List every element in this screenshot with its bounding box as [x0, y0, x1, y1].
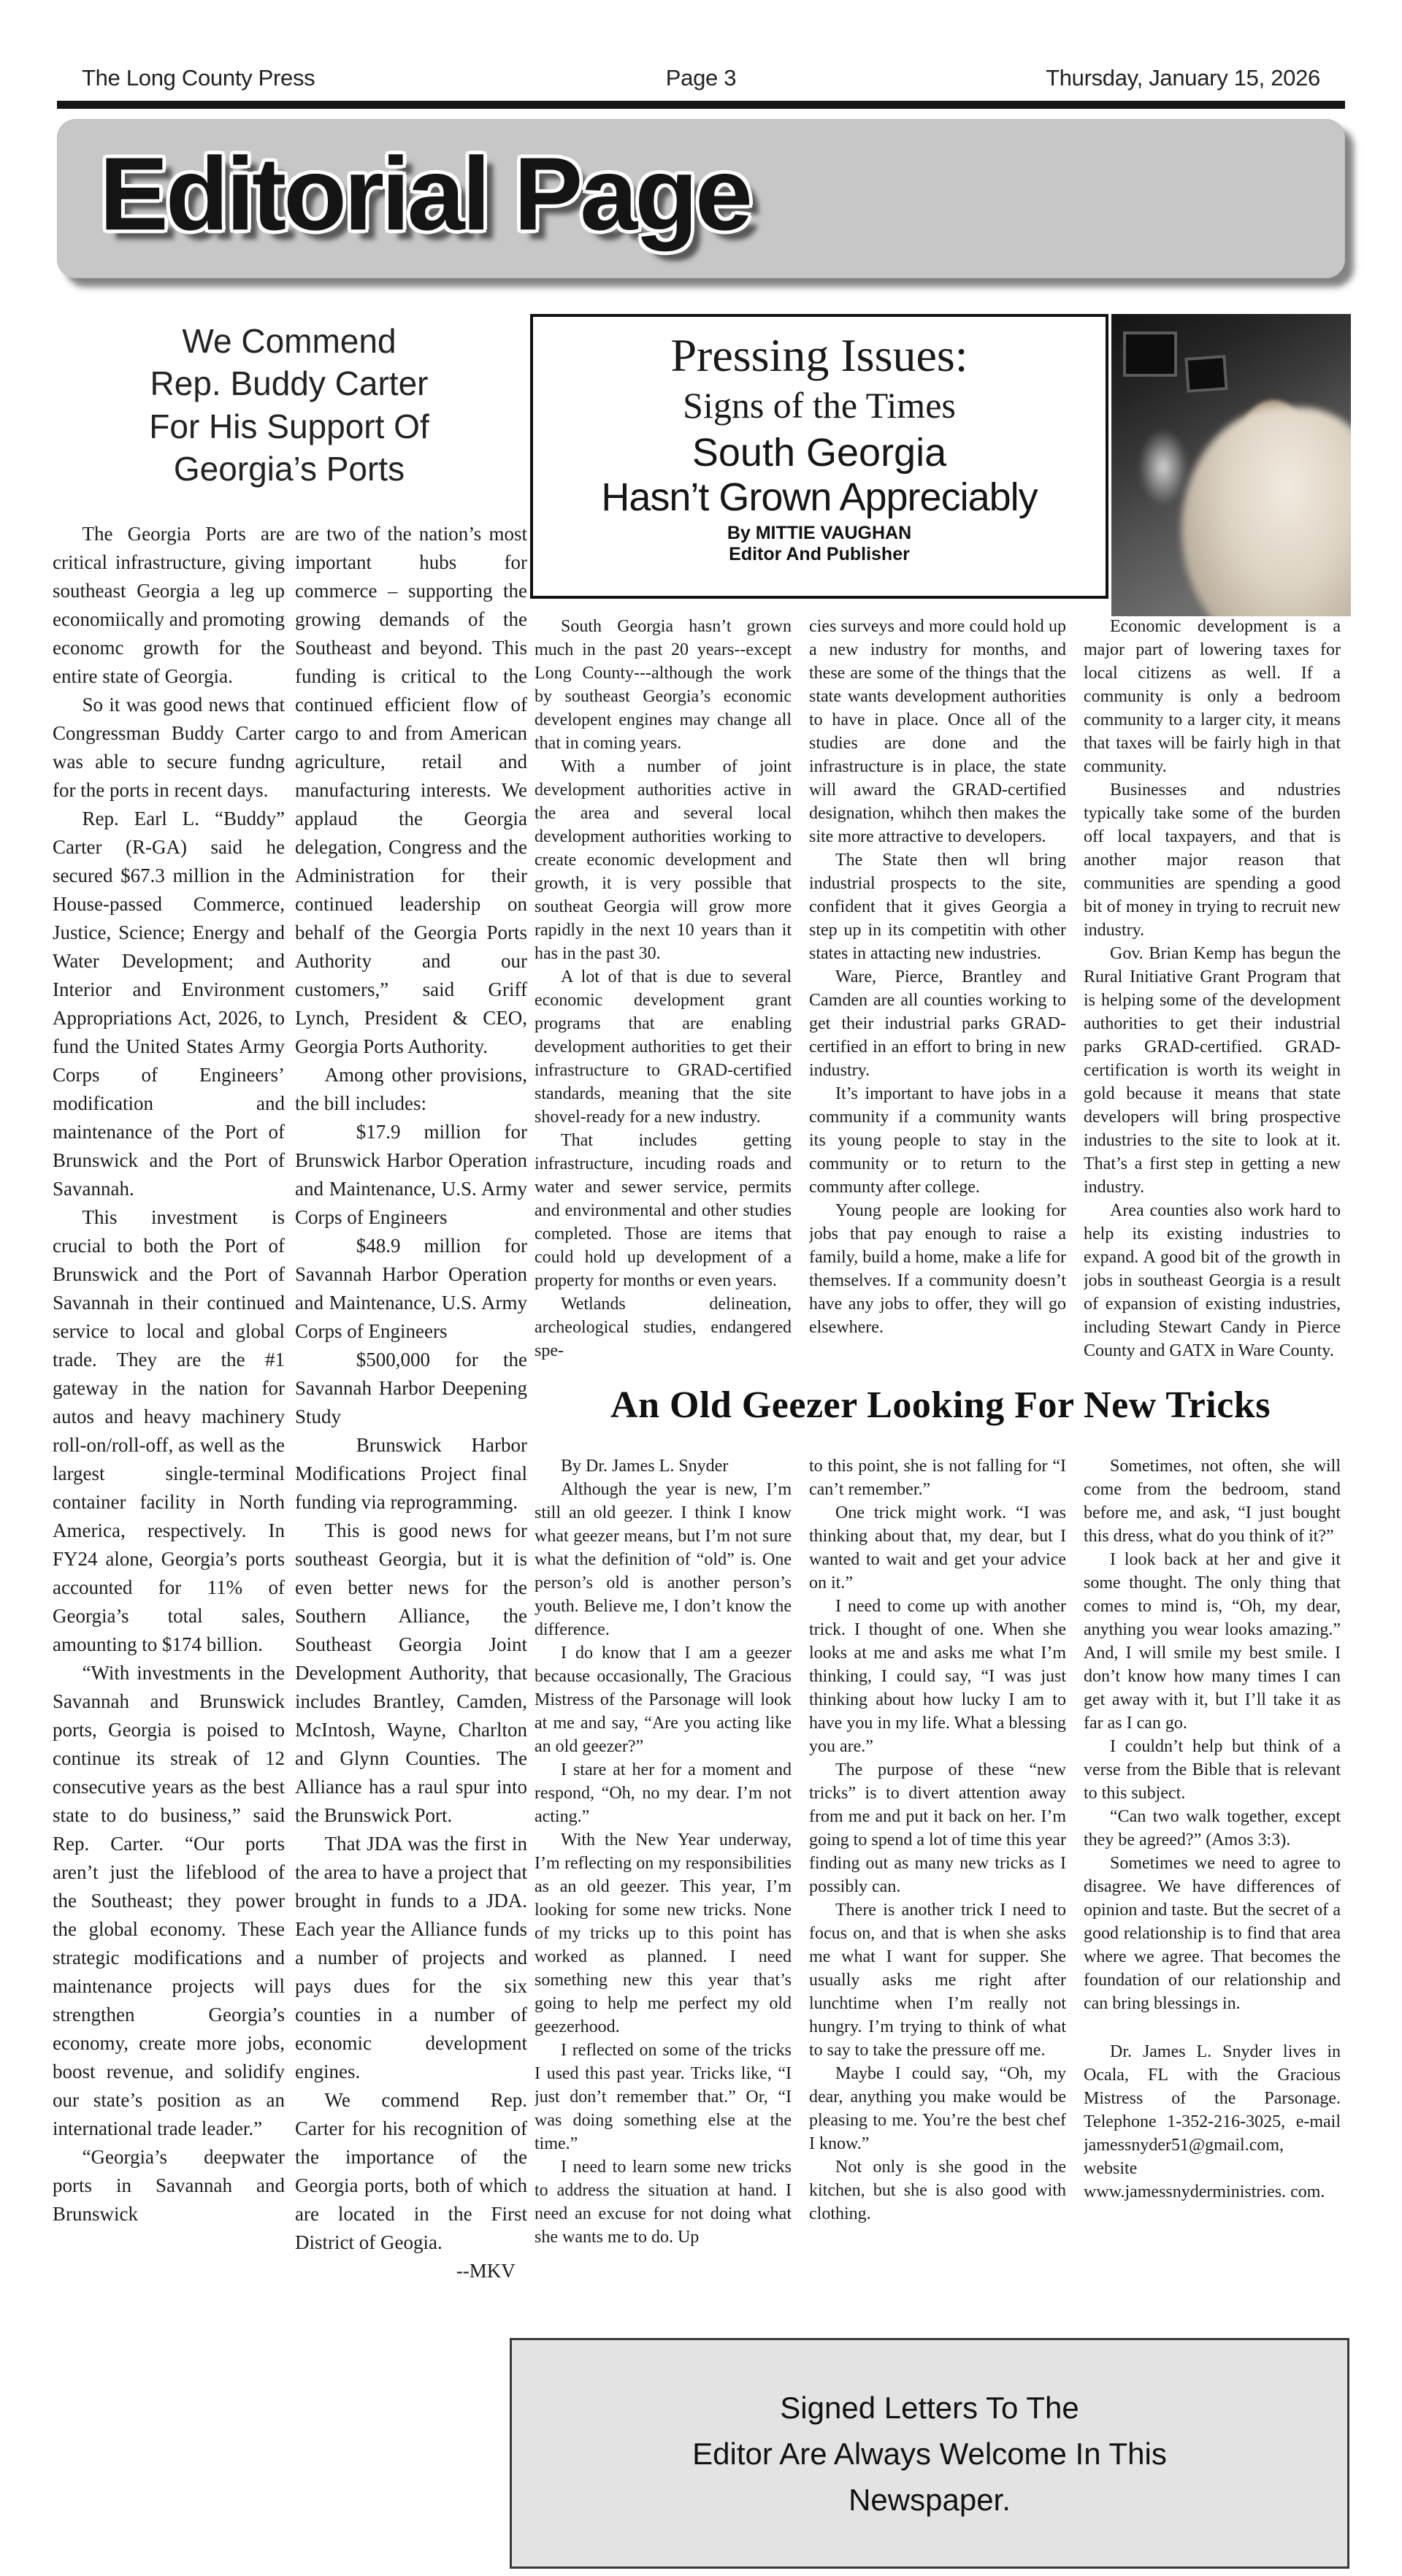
geezer-article-column-3: Sometimes, not often, she will come from… [1084, 1454, 1341, 2331]
paragraph: I need to come up with another trick. I … [809, 1595, 1066, 1758]
paragraph: Wetlands delineation, archeological stud… [535, 1292, 792, 1362]
paragraph: Gov. Brian Kemp has begun the Rural Init… [1084, 942, 1341, 1199]
paragraph: $17.9 million for Brunswick Harbor Opera… [295, 1118, 527, 1232]
paragraph: to this point, she is not falling for “I… [809, 1454, 1066, 1501]
paragraph: Although the year is new, I’m still an o… [535, 1478, 792, 1641]
signed-letters-notice-box: Signed Letters To TheEditor Are Always W… [510, 2338, 1349, 2569]
geezer-article-headline: An Old Geezer Looking For New Tricks [530, 1384, 1351, 1426]
text-line: Newspaper. [512, 2477, 1347, 2523]
paragraph: I need to learn some new tricks to addre… [535, 2155, 792, 2249]
left-article-column-2: are two of the nation’s most important h… [295, 520, 527, 2389]
paragraph: Young people are looking for jobs that p… [809, 1199, 1066, 1339]
text-line: Georgia’s Ports [53, 448, 526, 490]
masthead-rule [57, 101, 1345, 109]
paragraph: There is another trick I need to focus o… [809, 1898, 1066, 2062]
pressing-issues-byline: By MITTIE VAUGHAN [533, 523, 1106, 544]
editorial-banner: Editorial Page [57, 119, 1345, 278]
masthead-paper-name: The Long County Press [82, 64, 494, 91]
photo-wall-frame-icon [1123, 331, 1177, 377]
paragraph: The purpose of these “new tricks” is to … [809, 1758, 1066, 1898]
paragraph: With the New Year underway, I’m reflecti… [535, 1828, 792, 2039]
paragraph: That JDA was the first in the area to ha… [295, 1830, 527, 2086]
paragraph: Economic development is a major part of … [1084, 615, 1341, 778]
geezer-article-column-2: to this point, she is not falling for “I… [809, 1454, 1066, 2331]
paragraph: We commend Rep. Carter for his recogniti… [295, 2086, 527, 2257]
paragraph: Ware, Pierce, Brantley and Camden are al… [809, 965, 1066, 1082]
paragraph: South Georgia hasn’t grown much in the p… [535, 615, 792, 755]
paragraph: That includes getting infrastructure, in… [535, 1129, 792, 1292]
paragraph: It’s important to have jobs in a communi… [809, 1082, 1066, 1199]
editor-photo [1111, 314, 1351, 616]
paragraph: Maybe I could say, “Oh, my dear, anythin… [809, 2062, 1066, 2155]
pressing-issues-header-box: Pressing Issues: Signs of the Times Sout… [530, 314, 1108, 599]
paragraph: So it was good news that Congressman Bud… [53, 691, 285, 805]
text-line: Editor Are Always Welcome In This [512, 2431, 1347, 2477]
masthead-date: Thursday, January 15, 2026 [908, 64, 1320, 91]
text-line: We Commend [53, 320, 526, 362]
pressing-issues-column-2: cies surveys and more could hold up a ne… [809, 615, 1066, 1400]
paragraph: I couldn’t help but think of a verse fro… [1084, 1735, 1341, 1805]
paragraph: Rep. Earl L. “Buddy” Carter (R-GA) said … [53, 805, 285, 1203]
pressing-issues-column-1: South Georgia hasn’t grown much in the p… [535, 615, 792, 1400]
masthead: The Long County Press Page 3 Thursday, J… [82, 64, 1320, 91]
paragraph: “Georgia’s deepwater ports in Savannah a… [53, 2143, 285, 2228]
editorial-banner-title: Editorial Page [99, 142, 750, 246]
paragraph: I stare at her for a moment and respond,… [535, 1758, 792, 1828]
text-line: Signed Letters To The [512, 2385, 1347, 2431]
text-line: For His Support Of [53, 405, 526, 448]
photo-hair [1181, 407, 1351, 616]
paragraph: Area counties also work hard to help its… [1084, 1199, 1341, 1362]
photo-wall-frame-icon [1184, 355, 1227, 393]
paragraph: This is good news for southeast Georgia,… [295, 1517, 527, 1830]
paragraph: $48.9 million for Savannah Harbor Operat… [295, 1232, 527, 1346]
paragraph: Not only is she good in the kitchen, but… [809, 2155, 1066, 2226]
text-line: Rep. Buddy Carter [53, 362, 526, 405]
left-article-column-1: The Georgia Ports are critical infrastru… [53, 520, 285, 2389]
paragraph: I look back at her and give it some thou… [1084, 1548, 1341, 1735]
paragraph: With a number of joint development autho… [535, 755, 792, 965]
paragraph: Among other provisions, the bill include… [295, 1061, 527, 1118]
pressing-issues-byline-role: Editor And Publisher [533, 544, 1106, 565]
paragraph: are two of the nation’s most important h… [295, 520, 527, 1061]
paragraph: The Georgia Ports are critical infrastru… [53, 520, 285, 691]
paragraph: $500,000 for the Savannah Harbor Deepeni… [295, 1346, 527, 1431]
masthead-page-number: Page 3 [494, 64, 907, 91]
pressing-issues-subtitle: Signs of the Times [533, 386, 1106, 426]
paragraph: One trick might work. “I was thinking ab… [809, 1501, 1066, 1595]
paragraph: Brunswick Harbor Modifications Project f… [295, 1431, 527, 1517]
newspaper-editorial-page: The Long County Press Page 3 Thursday, J… [0, 0, 1402, 2576]
pressing-issues-kicker: Pressing Issues: [533, 330, 1106, 381]
paragraph: “With investments in the Savannah and Br… [53, 1659, 285, 2143]
paragraph: I reflected on some of the tricks I used… [535, 2039, 792, 2155]
paragraph: Businesses and ndustries typically take … [1084, 778, 1341, 942]
paragraph: Sometimes, not often, she will come from… [1084, 1454, 1341, 1548]
paragraph: This investment is crucial to both the P… [53, 1203, 285, 1659]
paragraph: The State then wll bring industrial pros… [809, 848, 1066, 965]
left-article-headline: We CommendRep. Buddy CarterFor His Suppo… [53, 320, 526, 491]
geezer-article-column-1: By Dr. James L. SnyderAlthough the year … [535, 1454, 792, 2331]
pressing-issues-headline-line1: South Georgia [533, 432, 1106, 474]
pressing-issues-headline-line2: Hasn’t Grown Appreciably [533, 476, 1106, 518]
paragraph: By Dr. James L. Snyder [535, 1454, 792, 1478]
pressing-issues-column-3: Economic development is a major part of … [1084, 615, 1341, 1400]
paragraph: “Can two walk together, except they be a… [1084, 1805, 1341, 1852]
paragraph: Sometimes we need to agree to disagree. … [1084, 1852, 1341, 2015]
paragraph: cies surveys and more could hold up a ne… [809, 615, 1066, 848]
paragraph: A lot of that is due to several economic… [535, 965, 792, 1129]
paragraph: I do know that I am a geezer because occ… [535, 1641, 792, 1758]
paragraph: --MKV [295, 2257, 527, 2285]
paragraph: Dr. James L. Snyder lives in Ocala, FL w… [1084, 2040, 1341, 2204]
